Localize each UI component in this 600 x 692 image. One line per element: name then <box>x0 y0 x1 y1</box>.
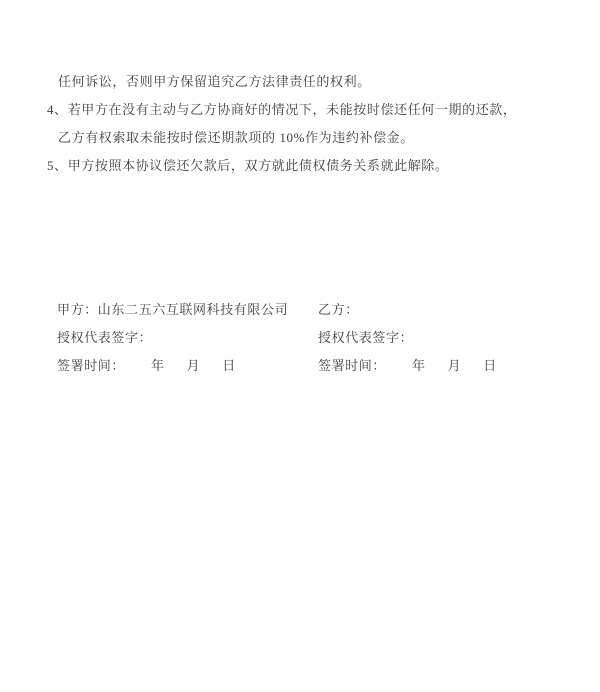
party-b-date-label: 签署时间： <box>318 358 386 373</box>
signature-column-party-b: 乙方： 授权代表签字： 签署时间：年月日 <box>318 296 578 380</box>
party-a-year-label: 年 <box>151 358 165 373</box>
party-b-name-line: 乙方： <box>318 296 578 324</box>
contract-page: 任何诉讼，否则甲方保留追究乙方法律责任的权利。 4、若甲方在没有主动与乙方协商好… <box>0 0 600 692</box>
party-b-day-label: 日 <box>483 358 497 373</box>
signature-column-party-a: 甲方：山东二五六互联网科技有限公司 授权代表签字： 签署时间：年月日 <box>57 296 312 380</box>
party-a-day-label: 日 <box>222 358 236 373</box>
party-a-name-line: 甲方：山东二五六互联网科技有限公司 <box>57 296 312 324</box>
clause-line: 乙方有权索取未能按时偿还期款项的 10%作为违约补偿金。 <box>0 124 600 152</box>
party-a-representative-signature-line: 授权代表签字： <box>57 324 312 352</box>
party-a-sign-date-line: 签署时间：年月日 <box>57 352 312 380</box>
party-b-representative-signature-line: 授权代表签字： <box>318 324 578 352</box>
party-b-year-label: 年 <box>412 358 426 373</box>
party-a-month-label: 月 <box>187 358 201 373</box>
contract-clauses: 任何诉讼，否则甲方保留追究乙方法律责任的权利。 4、若甲方在没有主动与乙方协商好… <box>0 68 600 180</box>
party-b-sign-date-line: 签署时间：年月日 <box>318 352 578 380</box>
party-a-date-label: 签署时间： <box>57 358 125 373</box>
clause-line-item-5: 5、甲方按照本协议偿还欠款后，双方就此债权债务关系就此解除。 <box>0 152 600 180</box>
clause-line: 任何诉讼，否则甲方保留追究乙方法律责任的权利。 <box>0 68 600 96</box>
clause-line-item-4: 4、若甲方在没有主动与乙方协商好的情况下，未能按时偿还任何一期的还款， <box>0 96 600 124</box>
party-b-month-label: 月 <box>448 358 462 373</box>
